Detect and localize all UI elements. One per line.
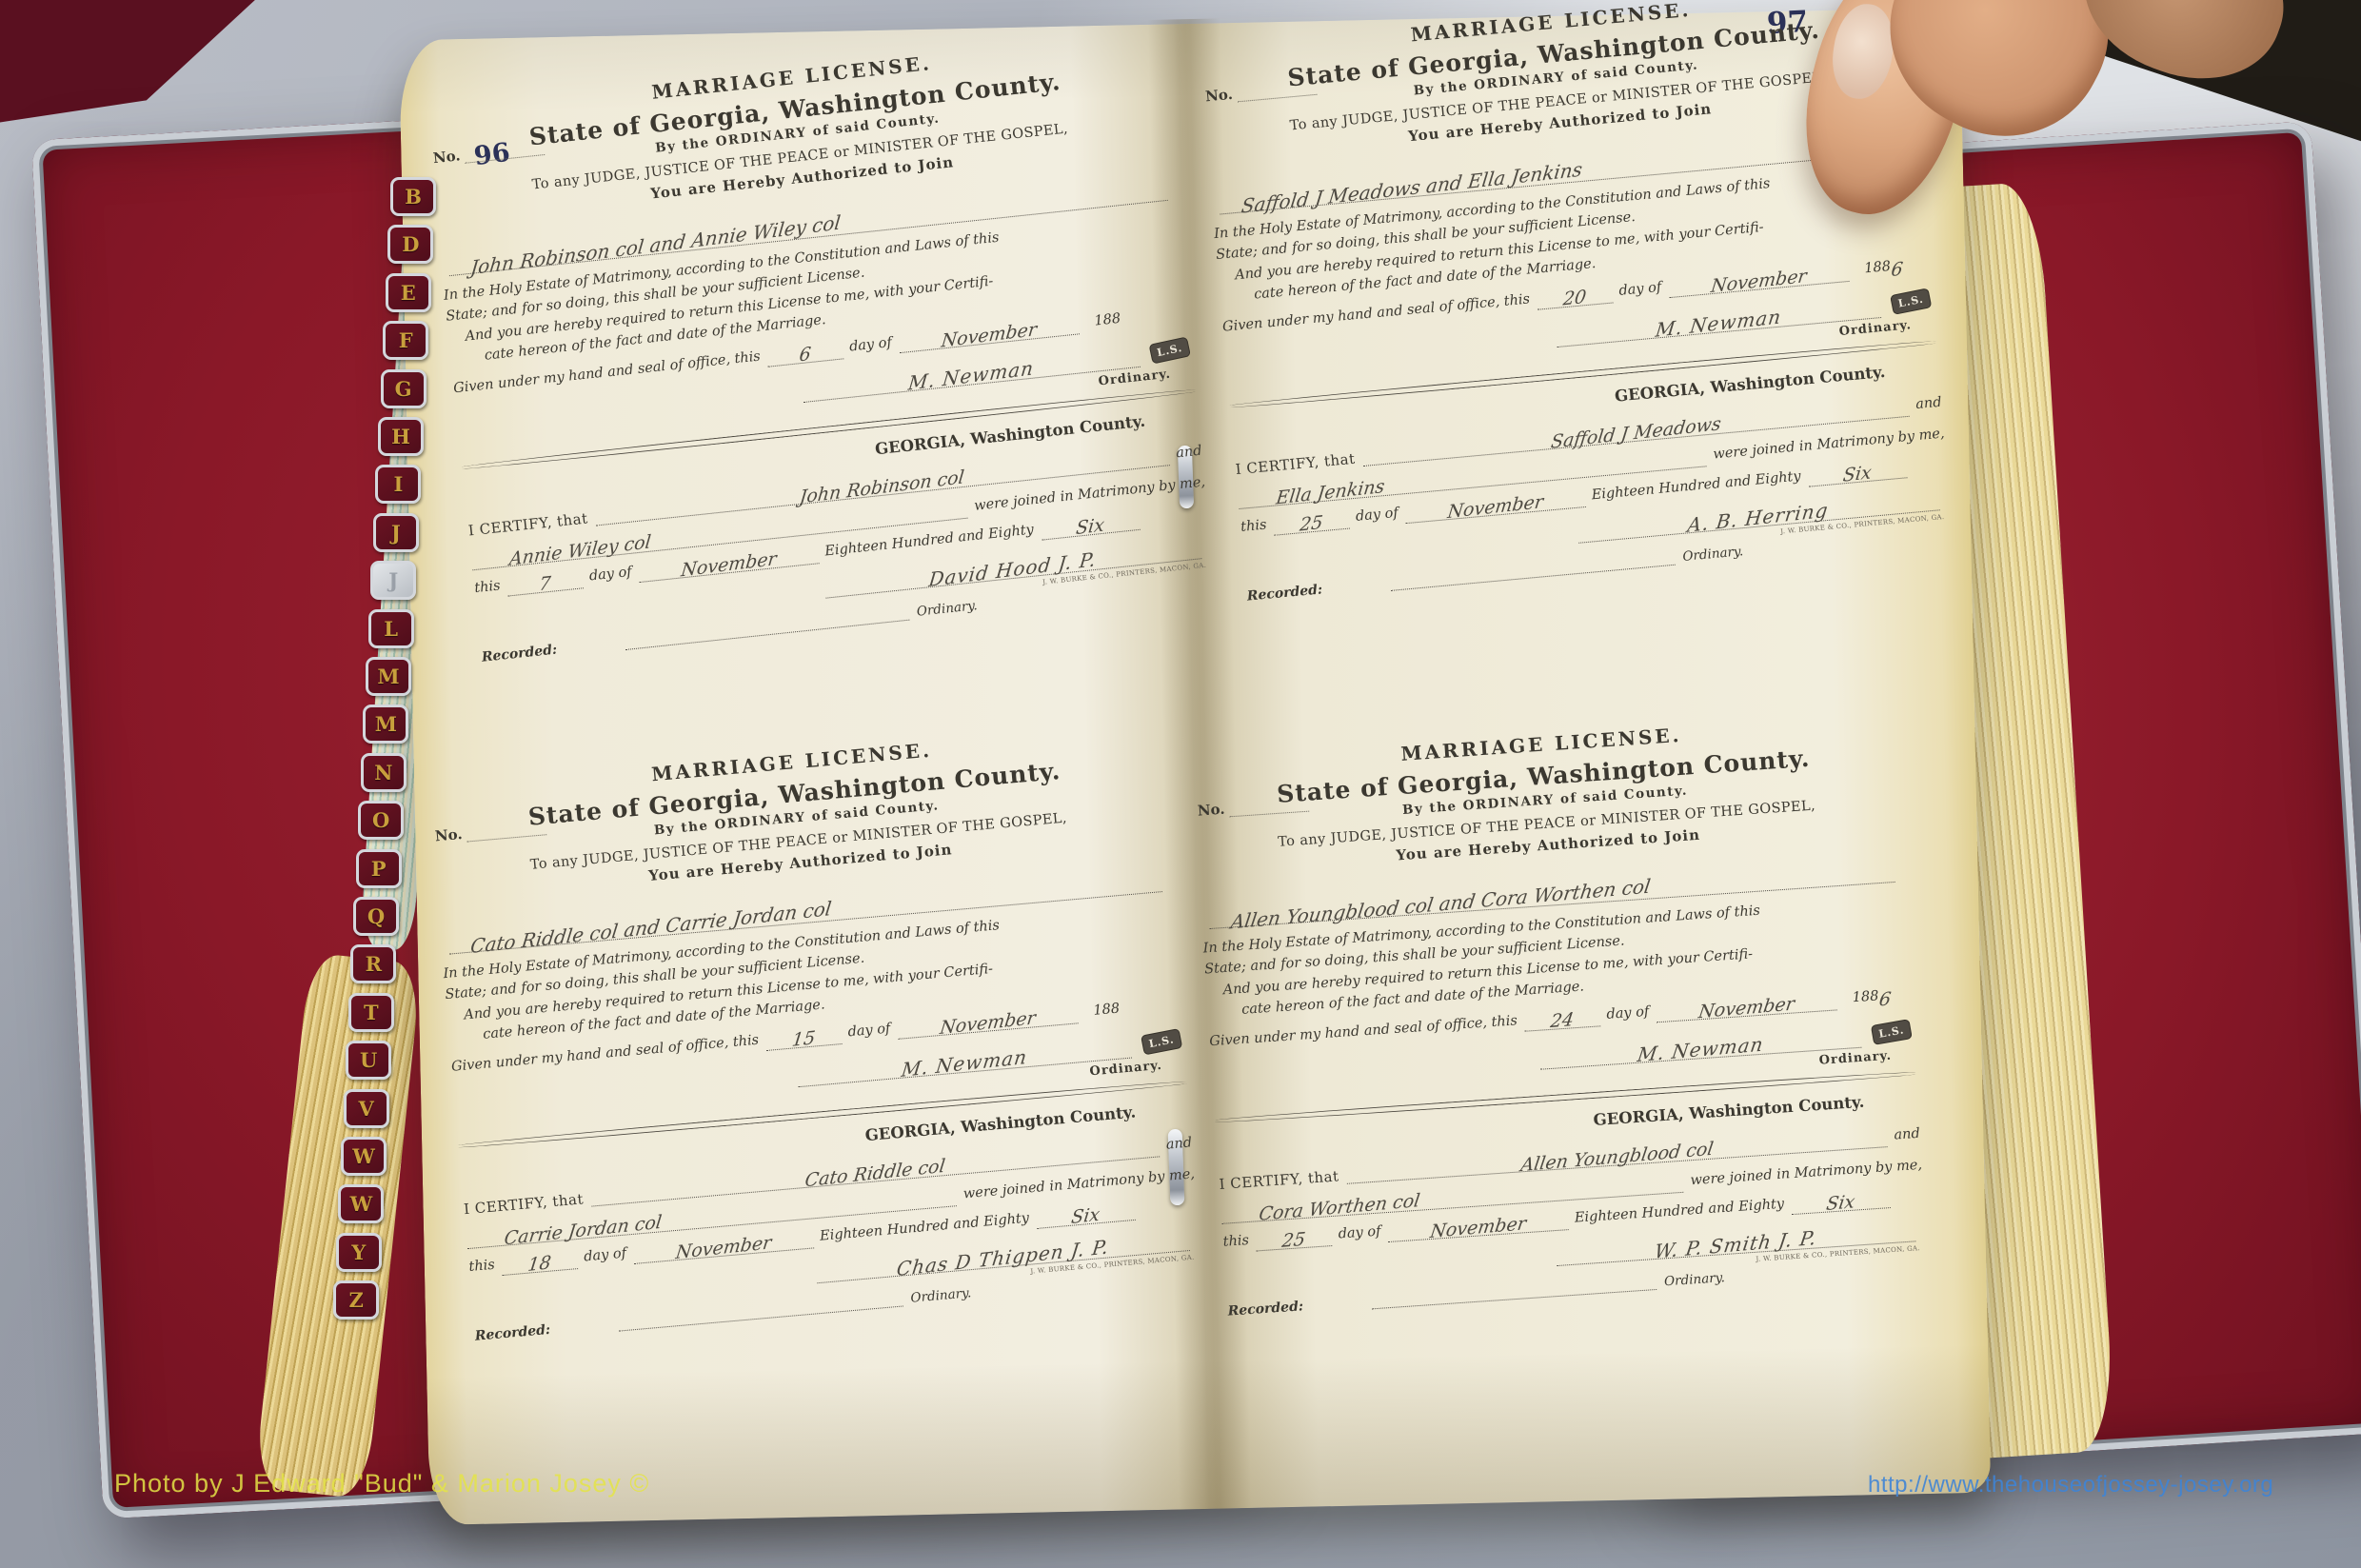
tab-letter: U	[360, 1048, 377, 1072]
tab-letter: W	[352, 1144, 375, 1168]
index-tab-h-5[interactable]: H	[378, 417, 424, 456]
year-group: 188	[1093, 999, 1121, 1022]
day-of-label: day of	[1606, 1002, 1650, 1025]
tab-letter: Y	[351, 1241, 366, 1264]
tab-letter: N	[374, 761, 392, 784]
tab-letter: L	[384, 617, 398, 641]
handwritten-marriage-month: November	[680, 548, 778, 582]
tab-letter: H	[391, 425, 410, 448]
year-prefix: 188	[1852, 986, 1879, 1009]
index-tab-v-19[interactable]: V	[344, 1089, 389, 1128]
marriage-license-form: MARRIAGE LICENSE. No. State of Georgia, …	[427, 719, 1204, 1344]
marriage-license-form: MARRIAGE LICENSE. No. State of Georgia, …	[1190, 709, 1930, 1320]
day-blank: 24	[1523, 1002, 1601, 1031]
day-blank: 6	[765, 335, 843, 367]
tab-letter: J	[388, 568, 398, 592]
handwritten-license-month: November	[1710, 266, 1808, 297]
and-label: and	[1894, 1123, 1921, 1146]
handwritten-license-day: 24	[1549, 1009, 1575, 1032]
tab-letter: B	[405, 185, 422, 208]
handwritten-marriage-day: 7	[538, 572, 551, 595]
this-label: this	[1240, 515, 1267, 539]
handwritten-year-digit: 6	[1877, 988, 1892, 1010]
tab-letter: Q	[367, 904, 385, 928]
day-of-label: day of	[1618, 277, 1663, 302]
day-of-label: day of	[583, 1243, 627, 1268]
index-tab-o-13[interactable]: O	[358, 801, 404, 840]
index-tab-w-20[interactable]: W	[341, 1137, 387, 1176]
index-tab-j-7[interactable]: J	[373, 513, 419, 552]
index-tab-q-15[interactable]: Q	[353, 897, 399, 936]
year-group: 188 6	[1852, 985, 1891, 1009]
certify-label: I CERTIFY, that	[1219, 1167, 1339, 1193]
index-tab-i-6[interactable]: I	[375, 465, 421, 504]
index-tab-l-9[interactable]: L	[368, 609, 414, 648]
index-tab-e-2[interactable]: E	[386, 273, 431, 312]
photo-credit-watermark: Photo by J Edward "Bud" & Marion Josey ©	[114, 1469, 649, 1499]
and-label: and	[1175, 441, 1202, 465]
year-word-blank: Six	[1806, 454, 1907, 486]
handwritten-year-word: Six	[1070, 1204, 1101, 1228]
day-blank: 20	[1536, 279, 1614, 309]
tab-letter: J	[391, 521, 401, 545]
marriage-day-blank: 25	[1255, 1222, 1333, 1251]
index-tab-b-0[interactable]: B	[390, 177, 436, 216]
tab-letter: W	[350, 1192, 373, 1216]
ls-seal: L.S.	[1141, 1028, 1182, 1055]
tab-letter: G	[395, 377, 412, 401]
handwritten-year-word: Six	[1825, 1191, 1856, 1215]
handwritten-year-digit: 6	[1890, 258, 1904, 281]
and-label: and	[1165, 1133, 1193, 1157]
handwritten-license-day: 6	[799, 344, 812, 367]
index-tab-r-16[interactable]: R	[350, 944, 396, 983]
ls-seal: L.S.	[1871, 1019, 1913, 1045]
this-label: this	[468, 1255, 496, 1279]
tab-letter: I	[393, 472, 403, 496]
no-label: No.	[1204, 86, 1233, 106]
photo-of-marriage-record-book: BDEFGHIJJLMMNOPQRTUVWWYZ 96 97 MARRIAGE …	[0, 0, 2361, 1568]
tab-letter: Z	[349, 1288, 364, 1312]
index-tab-g-4[interactable]: G	[381, 369, 427, 408]
day-of-label: day of	[1338, 1221, 1381, 1245]
and-label: and	[1915, 392, 1942, 416]
handwritten-year-word: Six	[1841, 462, 1872, 486]
no-label: No.	[432, 147, 461, 167]
handwritten-marriage-day: 25	[1280, 1228, 1306, 1251]
index-tab-f-3[interactable]: F	[383, 321, 428, 360]
year-word-blank: Six	[1035, 1197, 1136, 1229]
handwritten-year-word: Six	[1075, 514, 1105, 539]
handwritten-marriage-day: 18	[526, 1252, 552, 1276]
tab-letter: P	[371, 857, 387, 881]
index-tab-m-11[interactable]: M	[363, 705, 408, 744]
index-tab-y-22[interactable]: Y	[336, 1233, 382, 1272]
year-prefix: 188	[1863, 256, 1892, 280]
year-prefix: 188	[1093, 999, 1121, 1022]
year-prefix: 188	[1093, 308, 1121, 332]
year-word-blank: Six	[1039, 506, 1140, 541]
marriage-day-blank: 18	[501, 1245, 579, 1276]
tab-letter: V	[358, 1097, 373, 1121]
this-label: this	[1222, 1230, 1250, 1253]
handwritten-license-month: November	[939, 1007, 1037, 1039]
index-tab-n-12[interactable]: N	[361, 753, 407, 792]
handwritten-license-month: November	[940, 319, 1038, 352]
index-tab-t-17[interactable]: T	[348, 993, 394, 1032]
this-label: this	[473, 576, 501, 600]
handwritten-marriage-month: November	[1446, 491, 1544, 523]
handwritten-license-month: November	[1696, 993, 1796, 1022]
year-word-blank: Six	[1790, 1184, 1890, 1215]
handwritten-license-day: 15	[791, 1027, 817, 1051]
year-group: 188 6	[1863, 255, 1903, 280]
tab-letter: R	[366, 952, 382, 976]
ls-seal: L.S.	[1149, 336, 1191, 364]
day-of-label: day of	[1355, 503, 1399, 527]
tab-letter: E	[401, 281, 416, 305]
day-blank: 15	[764, 1021, 843, 1051]
tab-letter: T	[364, 1001, 379, 1024]
website-watermark: http://www.thehouseofjossey-josey.org	[1868, 1472, 2273, 1499]
year-group: 188	[1093, 308, 1121, 332]
handwritten-license-day: 20	[1562, 287, 1588, 310]
tab-letter: M	[375, 712, 397, 736]
marriage-day-blank: 7	[506, 565, 584, 596]
no-label: No.	[434, 825, 463, 844]
handwritten-marriage-month: November	[674, 1232, 772, 1263]
index-tab-u-18[interactable]: U	[346, 1041, 391, 1080]
index-tab-m-10[interactable]: M	[366, 657, 411, 696]
tab-letter: D	[402, 232, 419, 256]
tab-letter: M	[377, 665, 399, 688]
index-tab-d-1[interactable]: D	[387, 225, 433, 264]
index-tab-p-14[interactable]: P	[356, 849, 402, 888]
marriage-license-form: MARRIAGE LICENSE. No. State of Georgia, …	[424, 28, 1217, 665]
month-blank: November	[1655, 986, 1836, 1022]
day-of-label: day of	[588, 562, 633, 587]
marriage-day-blank: 25	[1272, 505, 1350, 535]
index-tab-w-21[interactable]: W	[338, 1184, 384, 1223]
day-of-label: day of	[848, 332, 893, 358]
no-label: No.	[1197, 801, 1225, 820]
ls-seal: L.S.	[1890, 288, 1932, 315]
day-of-label: day of	[847, 1019, 892, 1043]
tab-letter: O	[372, 808, 389, 832]
index-tab-z-23[interactable]: Z	[333, 1280, 379, 1320]
handwritten-marriage-day: 25	[1299, 512, 1324, 536]
tab-letter: F	[399, 328, 413, 352]
index-tab-j-8[interactable]: J	[370, 561, 416, 600]
handwritten-marriage-month: November	[1429, 1213, 1528, 1242]
